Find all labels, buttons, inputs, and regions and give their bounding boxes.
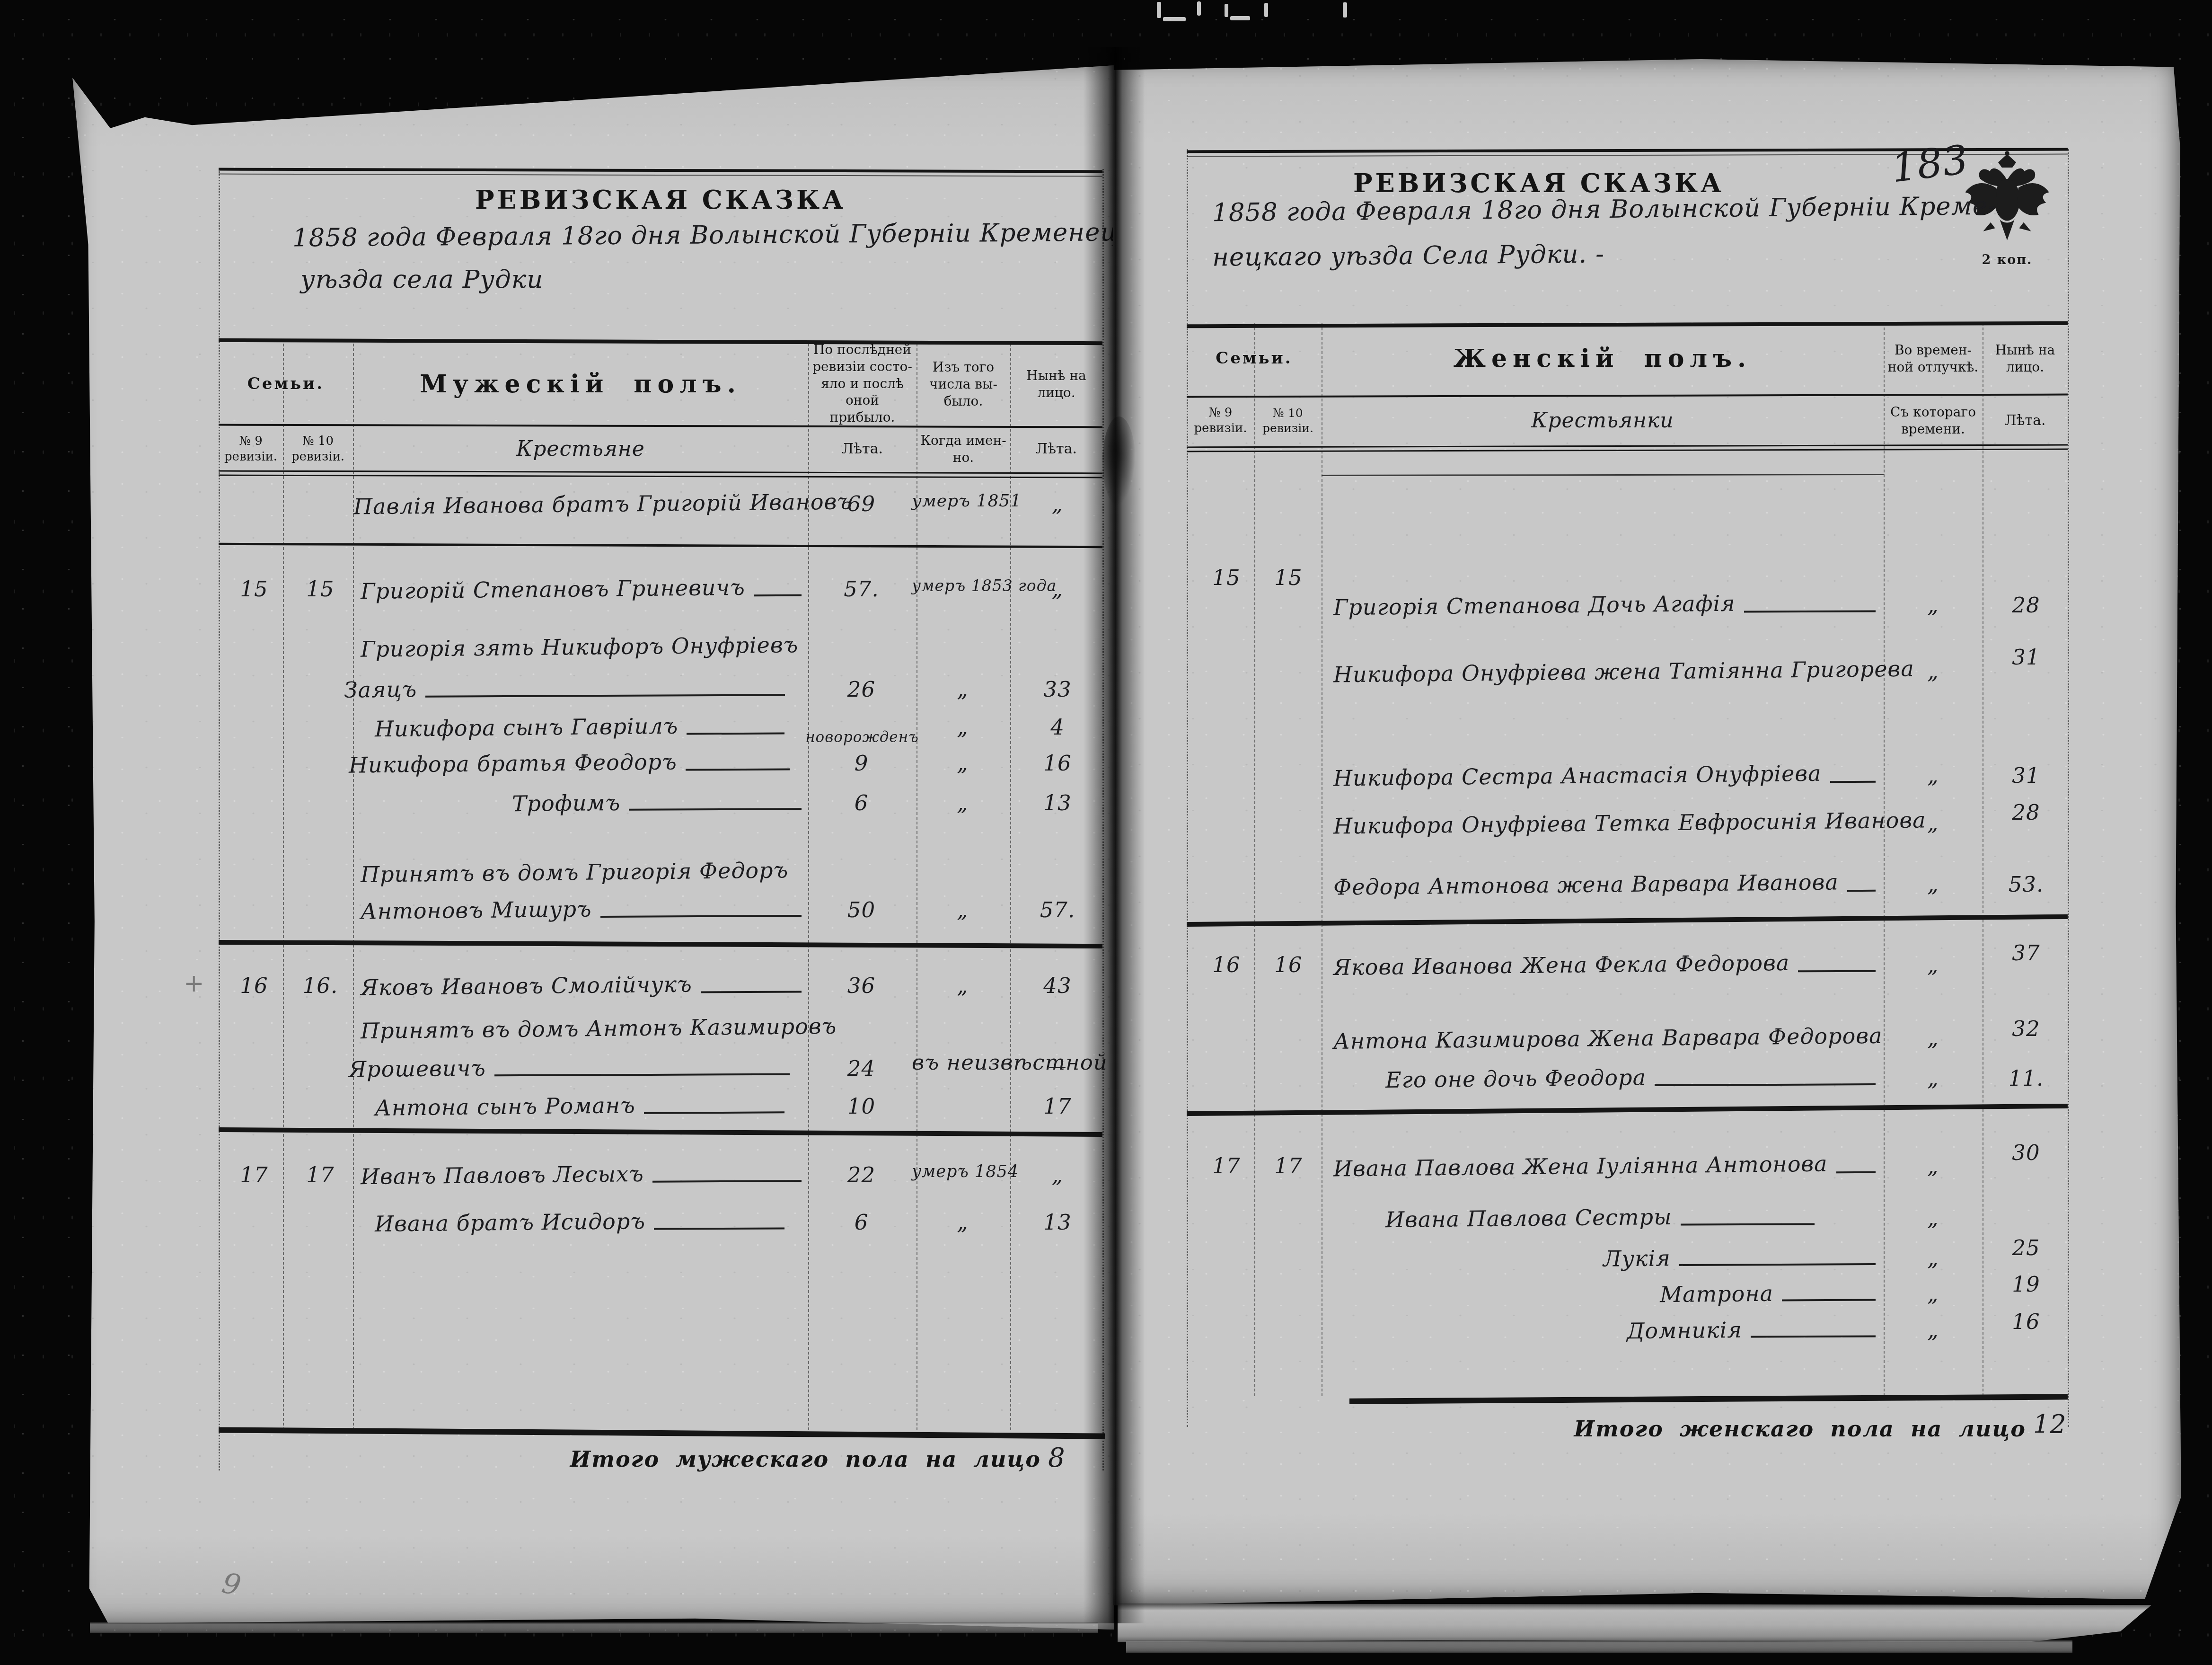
table-row: Ивана братъ Исидоръ 6 „ 13	[219, 1210, 1102, 1263]
ink-rule	[1679, 1263, 1876, 1266]
age-last-revision: 69	[808, 491, 915, 516]
table-row: 15 15 Григорій Степановъ Гриневичъ 57. у…	[219, 576, 1102, 629]
margin-plus-mark: +	[184, 969, 205, 998]
age-last-revision: 22	[808, 1162, 915, 1187]
age-now: 37	[1985, 940, 2067, 965]
age-last-revision: 9	[808, 751, 915, 776]
person-name: Его оне дочь Феодора	[1385, 1064, 1646, 1093]
person-name: Федора Антонова жена Варвара Иванова	[1333, 869, 1839, 900]
frame-right-line	[2068, 149, 2069, 1427]
ink-rule	[1680, 1223, 1814, 1225]
person-name: Антоновъ Мишуръ	[361, 896, 592, 924]
family-number-rev10: 15	[285, 576, 356, 602]
ditto-mark: „	[912, 715, 1013, 740]
age-last-revision: 50	[808, 897, 915, 922]
paper-stack-edge	[90, 1622, 1098, 1633]
ditto-mark: „	[1885, 810, 1982, 835]
person-name: Антона сынъ Романъ	[375, 1092, 635, 1121]
ditto-mark: „	[912, 1210, 1013, 1235]
ink-rule	[1655, 1083, 1876, 1086]
sheet-fragment-mark	[1163, 17, 1186, 21]
gutter-ink-blot	[1102, 416, 1136, 506]
ink-rule	[1751, 1335, 1876, 1337]
family-number-rev10: 17	[1255, 1153, 1322, 1178]
table-row: 15 15 Григорія Степанова Дочь Агафія „ 2…	[1187, 593, 2068, 646]
ink-rule	[629, 808, 802, 811]
age-now: 16	[1985, 1309, 2067, 1334]
ditto-mark: „	[1885, 1246, 1982, 1271]
person-name: Ярошевичъ	[349, 1055, 486, 1082]
family-number-rev10: 15	[1255, 565, 1322, 590]
header-when: Когда имен­но.	[917, 425, 1010, 473]
table-row: 17 17 Ивана Павлова Жена Іуліянна Антоно…	[1187, 1153, 2068, 1206]
departure-note: умеръ 1853 года	[912, 576, 1013, 595]
age-now: 31	[1985, 763, 2067, 788]
family-number-rev9: 17	[223, 1162, 285, 1187]
ink-rule	[1836, 1171, 1876, 1173]
page-number: 183	[1889, 136, 1971, 191]
table-row: Федора Антонова жена Варвара Иванова „ 5…	[1187, 872, 2068, 925]
header-male-sex: Мужескій полъ.	[353, 344, 808, 425]
sheet-fragment-mark	[1264, 3, 1268, 17]
age-now: 30	[1985, 1140, 2067, 1165]
ditto-mark: „	[1885, 1066, 1982, 1091]
ditto-mark: „	[1885, 763, 1982, 788]
ditto-mark: „	[912, 751, 1013, 776]
ditto-mark: „	[912, 897, 1013, 922]
page-right: РЕВИЗСКАЯ СКАЗКА 183 2 коп. 1858 года Фе…	[1113, 53, 2182, 1605]
family-number-rev9: 15	[1199, 565, 1254, 590]
page-title: РЕВИЗСКАЯ СКАЗКА	[219, 185, 1102, 215]
ditto-mark: „	[1885, 1318, 1982, 1343]
ink-rule	[686, 769, 790, 771]
ink-rule	[1782, 1299, 1876, 1302]
age-now: 28	[1985, 593, 2067, 618]
book-gutter-shadow	[1084, 47, 1145, 1623]
table-row: Антоновъ Мишуръ 50 „ 57.	[219, 897, 1102, 950]
table-row: Трофимъ 6 „ 13	[219, 790, 1102, 843]
ditto-mark: „	[1885, 1205, 1982, 1231]
ditto-mark: „	[912, 677, 1013, 702]
date-line: 1858 года Февраля 18го дня Волынской Губ…	[1212, 192, 1997, 227]
table-bottom-line	[1349, 1394, 2068, 1404]
person-name: Ивана Павлова Сестры	[1385, 1204, 1672, 1232]
ink-rule	[754, 594, 802, 596]
age-last-revision: 24	[808, 1056, 915, 1081]
person-name: Павлія Иванова братъ Григорій Ивановъ	[353, 488, 853, 519]
frame-top-line-echo	[219, 174, 1102, 177]
person-name: Домникія	[1627, 1317, 1742, 1344]
ink-rule	[1830, 781, 1876, 783]
person-name: Ивана Павлова Жена Іуліянна Антонова	[1333, 1151, 1828, 1182]
person-name: Никифора Сестра Анастасія Онуфріева	[1333, 761, 1822, 791]
family-number-rev9: 16	[223, 973, 285, 998]
age-last-revision: 57.	[808, 576, 915, 602]
header-revision9: № 9 реви­зіи.	[219, 425, 283, 473]
header-absence: Во времен­ной отлуч­кѣ.	[1884, 323, 1983, 395]
age-now: 53.	[1985, 872, 2067, 897]
age-last-revision: 26	[808, 677, 915, 702]
place-line: уѣзда села Рудки	[300, 265, 543, 294]
header-present: Нынѣ на лицо.	[1983, 323, 2068, 395]
person-name: Лукія	[1603, 1245, 1671, 1271]
ink-rule	[600, 915, 802, 918]
person-name: Григорія Степанова Дочь Агафія	[1333, 591, 1736, 620]
person-name: Никифора братья Феодоръ	[349, 749, 677, 778]
scanned-book-spread: { "left": { "title": "РЕВИЗСКАЯ СКАЗКА",…	[0, 0, 2212, 1665]
table-row: Домникія „ 16	[1187, 1318, 2068, 1371]
age-last-revision: 6	[808, 790, 915, 815]
age-last-revision: 6	[808, 1210, 915, 1235]
table-row: Павлія Иванова братъ Григорій Ивановъ 69…	[219, 491, 1102, 544]
total-value: 8	[1048, 1443, 1066, 1473]
person-name: Никифора Онуфріева Тетка Евфросинія Иван…	[1333, 807, 1926, 839]
age-now: 31	[1985, 645, 2067, 670]
header-families: Семьи.	[1187, 323, 1322, 395]
person-name: Принятъ въ домъ Григорія Федоръ	[361, 857, 789, 887]
age-now: 25	[1985, 1235, 2067, 1260]
table-row: Никифора Онуфріева жена Татіянна Григоре…	[1187, 659, 2068, 712]
ditto-mark: „	[1885, 1153, 1982, 1178]
table-row: Антона сынъ Романъ 10 17	[219, 1094, 1102, 1147]
header-bottom-line2	[219, 475, 1102, 478]
ink-rule	[1798, 970, 1876, 973]
ink-rule	[1847, 890, 1876, 892]
ditto-mark: „	[1885, 659, 1982, 684]
age-last-revision: 36	[808, 973, 915, 998]
person-name: Принятъ въ домъ Антонъ Казимировъ	[361, 1013, 837, 1044]
age-now: 28	[1985, 800, 2067, 825]
names-column-line	[1322, 474, 1884, 476]
sheet-fragment-mark	[1225, 4, 1228, 17]
total-label: Итого мужескаго пола на лицо	[459, 1446, 1041, 1472]
stamp-price: 2 коп.	[1962, 253, 2052, 267]
sheet-fragment-mark	[1157, 2, 1161, 18]
person-name: Никифора сынъ Гавріилъ	[375, 713, 679, 742]
family-number-rev10: 17	[285, 1162, 356, 1187]
header-revision9: № 9 реви­зіи.	[1187, 395, 1254, 447]
absence-note: въ неизвѣстной отпускѣ съ 1851 года.	[912, 1048, 1013, 1077]
header-class: Крестьяне	[353, 425, 808, 473]
header-revision10: № 10 реви­зіи.	[283, 425, 353, 473]
header-since: Съ котораго времени.	[1884, 395, 1983, 447]
paper-stack-edge	[1126, 1640, 2072, 1653]
ink-rule	[425, 694, 785, 697]
margin-pencil-mark: 9	[219, 1567, 244, 1603]
table-row: 16 16 Якова Иванова Жена Фекла Федорова …	[1187, 952, 2068, 1005]
departure-note: умеръ 1851	[912, 491, 1013, 511]
sheet-fragment-mark	[1343, 2, 1347, 18]
table-row: 17 17 Иванъ Павловъ Лесыхъ 22 умеръ 1854…	[219, 1162, 1102, 1215]
sheet-fragment-mark	[1230, 16, 1250, 20]
frame-top-line	[219, 168, 1102, 173]
header-departed: Изъ того числа вы­было.	[917, 344, 1010, 425]
person-name: Иванъ Павловъ Лесыхъ	[361, 1161, 644, 1189]
person-name: Заяцъ	[344, 676, 417, 703]
person-name: Григорій Степановъ Гриневичъ	[361, 575, 745, 604]
table-bottom-line	[219, 1427, 1105, 1439]
person-name: Антона Казимирова Жена Варвара Федорова	[1333, 1023, 1883, 1054]
paper-stack-edge	[1118, 1603, 2151, 1642]
ditto-mark: „	[1885, 952, 1982, 977]
person-name: Григорія зять Никифоръ Онуфріевъ	[361, 632, 799, 662]
sheet-fragment-mark	[1197, 1, 1201, 16]
family-number-rev9: 16	[1199, 952, 1254, 977]
header-class: Крестьянки	[1322, 395, 1884, 447]
age-last-revision: 10	[808, 1094, 915, 1119]
header-bottom-line2	[1187, 449, 2068, 452]
family-number-rev9: 17	[1199, 1153, 1254, 1178]
header-families: Семьи.	[219, 344, 353, 425]
header-revision10: № 10 ревизіи.	[1254, 395, 1322, 447]
header-years: Лѣта.	[808, 425, 917, 473]
ditto-mark: „	[912, 973, 1013, 998]
departure-note: умеръ 1854	[912, 1162, 1013, 1181]
family-number-rev10: 16	[1255, 952, 1322, 977]
total-label: Итого женскаго пола на лицо	[1444, 1416, 2026, 1442]
header-years: Лѣта.	[1983, 395, 2068, 447]
ditto-mark: „	[1885, 872, 1982, 897]
date-line: 1858 года Февраля 18го дня Волынской Губ…	[292, 217, 1178, 252]
person-name: Ивана братъ Исидоръ	[375, 1208, 646, 1237]
table-row: Никифора Онуфріева Тетка Евфросинія Иван…	[1187, 810, 2068, 863]
header-last-revision: По послѣдней ревизіи состо­яло и послѣ о…	[808, 340, 917, 427]
ditto-mark: „	[1885, 1026, 1982, 1051]
person-name: Трофимъ	[512, 790, 621, 816]
ink-rule	[652, 1180, 802, 1182]
family-number-rev10: 16.	[285, 973, 356, 998]
family-number-rev9: 15	[223, 576, 285, 602]
ink-rule	[654, 1227, 784, 1230]
age-now: 32	[1985, 1016, 2067, 1041]
person-name: Якова Иванова Жена Фекла Федорова	[1333, 950, 1790, 980]
table-row: Никифора Сестра Анастасія Онуфріева „ 31	[1187, 763, 2068, 816]
person-name: Никифора Онуфріева жена Татіянна Григоре…	[1333, 656, 1914, 688]
age-now: 19	[1985, 1272, 2067, 1297]
place-line: нецкаго уѣзда Села Рудки. -	[1212, 239, 1605, 272]
ink-rule	[494, 1073, 790, 1077]
ink-rule	[701, 991, 802, 993]
paper-bottom-crease	[154, 1664, 1100, 1665]
page-left: РЕВИЗСКАЯ СКАЗКА 1858 года Февраля 18го …	[66, 56, 1114, 1630]
ink-rule	[644, 1111, 784, 1114]
person-name: Яковъ Ивановъ Смолійчукъ	[361, 971, 692, 1000]
header-female-sex: Женскій полъ.	[1322, 323, 1884, 395]
ditto-mark: „	[912, 790, 1013, 815]
ditto-mark: „	[1885, 593, 1982, 618]
total-value: 12	[2033, 1409, 2067, 1439]
age-now: 11.	[1985, 1066, 2067, 1091]
table-row: Его оне дочь Феодора „ 11.	[1187, 1066, 2068, 1119]
ink-rule	[687, 733, 784, 735]
person-name: Матрона	[1660, 1281, 1774, 1308]
ditto-mark: „	[1885, 1281, 1982, 1306]
ink-rule	[1744, 610, 1876, 612]
